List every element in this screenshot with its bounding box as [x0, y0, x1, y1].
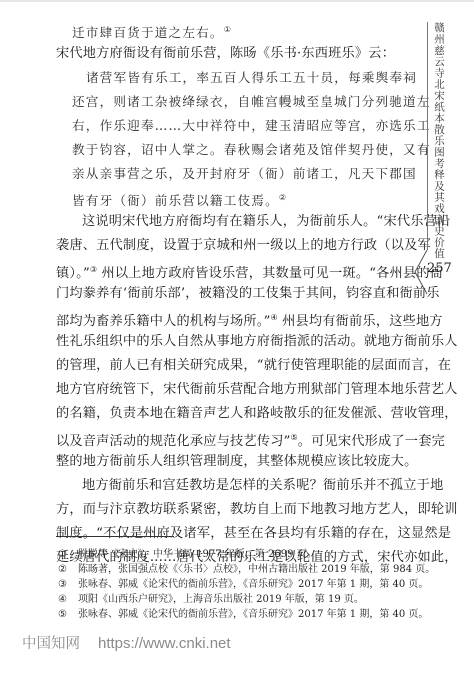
footnote-text: 张咏春、郭威《论宋代的衙前乐营》，《音乐研究》2017 年第 1 期，第 40 … — [78, 579, 428, 590]
footnote-ref[interactable]: ⑤ — [291, 433, 298, 442]
body-line: 宋代地方府衙设有衙前乐营，陈旸《乐书·东西班乐》云： — [56, 44, 396, 64]
footnote-item: ④项阳《山西乐户研究》，上海音乐出版社 2019 年版，第 19 页。 — [58, 592, 364, 607]
footnote-number: ④ — [58, 592, 78, 607]
body-line: 袭唐、五代制度，设置于京城和州一级以上的地方行政（以及军 — [56, 236, 396, 256]
quote-line: 诸营军皆有乐工，率五百人得乐工五十员，每乘舆奉祠 — [86, 68, 396, 88]
body-line: 镇）。”③ 州以上地方政府皆设乐营，其数量可见一斑。“各州县的衙 — [56, 260, 396, 280]
watermark: 中国知网https://www.cnki.net — [22, 632, 231, 653]
body-line: 整的地方衙前乐人组织管理制度，其整体规模应该比较庞大。 — [56, 452, 396, 472]
footnote-text: 项阳《山西乐户研究》，上海音乐出版社 2019 年版，第 19 页。 — [78, 594, 364, 605]
body-line: 的管理，前人已有相关研究成果，“就行使管理职能的层面而言，在 — [56, 356, 396, 376]
quote-line: 皆有牙（衙）前乐营以籍工伎焉。② — [72, 188, 396, 208]
footnote-separator — [56, 536, 174, 537]
body-line: 地方衙前乐和宫廷教坊是怎样的关系呢？衙前乐并不孤立于地 — [82, 476, 396, 496]
footnote-number: ② — [58, 562, 78, 577]
body-line: 的名籍，负责本地在籍音声艺人和路岐散乐的征发催派、营收管理， — [56, 404, 396, 424]
document-page: 迁市肆百货于道之左右。①宋代地方府衙设有衙前乐营，陈旸《乐书·东西班乐》云：诸营… — [0, 0, 474, 678]
footnote-item: ①脱脱等《宋史》，中华书局 1977 年版，第 2699 页。 — [58, 547, 317, 562]
quote-line: 亲从亲事营之乐，及开封府牙（衙）前诸工，凡天下郡国 — [72, 164, 396, 184]
footnote-item: ⑤张咏春、郭威《论宋代的衙前乐营》，《音乐研究》2017 年第 1 期，第 40… — [58, 607, 428, 622]
footnote-ref[interactable]: ④ — [271, 313, 278, 322]
body-line: 制度。“不仅是州府及诸军，甚至在各县均有乐籍的存在，这显然是 — [56, 524, 396, 544]
watermark-brand: 中国知网 — [22, 636, 80, 652]
body-line: 部均为畜养乐籍中人的机构与场所。”④ 州县均有衙前乐，这些地方 — [56, 308, 396, 328]
footnote-text: 脱脱等《宋史》，中华书局 1977 年版，第 2699 页。 — [78, 549, 317, 560]
footnote-text: 张咏春、郭威《论宋代的衙前乐营》，《音乐研究》2017 年第 1 期，第 40 … — [78, 609, 428, 620]
body-line: 地方官府统管下，宋代衙前乐营配合地方刑狱部门管理本地乐营艺人 — [56, 380, 396, 400]
body-line: 门均豢养有‘衙前乐部’，被籍没的工伎集于其间，钧容直和衙前乐 — [56, 284, 396, 304]
quote-line: 迁市肆百货于道之左右。① — [72, 20, 396, 40]
footnote-text: 陈旸著，张国强点校《〈乐书〉点校》，中州古籍出版社 2019 年版，第 984 … — [78, 564, 435, 575]
footnote-ref[interactable]: ③ — [90, 265, 97, 274]
quote-line: 还宫，则诸工杂被绛绿衣，自帷宫幔城至皇城门分列驰道左 — [72, 92, 396, 112]
footnote-ref[interactable]: ② — [279, 193, 286, 202]
page-number: 257 — [427, 261, 452, 276]
footnote-item: ②陈旸著，张国强点校《〈乐书〉点校》，中州古籍出版社 2019 年版，第 984… — [58, 562, 435, 577]
running-head: 赣州慈云寺北宋纸本散乐图考释及其戏剧史价值 — [431, 22, 445, 259]
quote-line: 右，作乐迎奉……大中祥符中，建玉清昭应等宫，亦选乐工 — [72, 116, 396, 136]
running-head-rule — [427, 22, 428, 250]
footnote-number: ① — [58, 547, 78, 562]
footnote-ref[interactable]: ① — [224, 25, 231, 34]
quote-line: 教于钧容，诏中人掌之。春秋赐会诸苑及馆伴契丹使，又有 — [72, 140, 396, 160]
footnote-number: ⑤ — [58, 607, 78, 622]
watermark-url: https://www.cnki.net — [98, 635, 231, 652]
footnote-number: ③ — [58, 577, 78, 592]
body-line: 以及音声活动的规范化承应与技艺传习”⑤。可见宋代形成了一套完 — [56, 428, 396, 448]
body-line: 这说明宋代地方府衙均有在籍乐人，为衙前乐人。“宋代乐营沿 — [82, 212, 396, 232]
body-line: 性礼乐组织中的乐人自然从事地方府衙指派的活动。就地方衙前乐人 — [56, 332, 396, 352]
body-line: 方，而与汴京教坊联系紧密，教坊自上而下地教习地方艺人，即轮训 — [56, 500, 396, 520]
footnote-item: ③张咏春、郭威《论宋代的衙前乐营》，《音乐研究》2017 年第 1 期，第 40… — [58, 577, 428, 592]
